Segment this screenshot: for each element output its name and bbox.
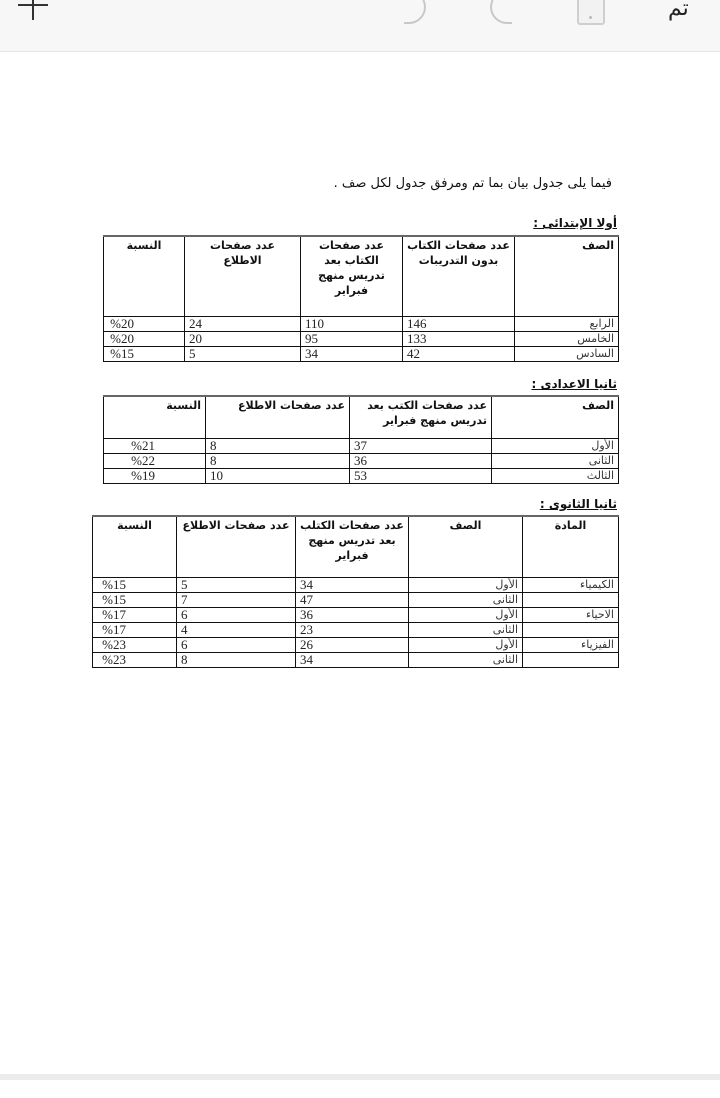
header-ratio: النسبة bbox=[104, 236, 185, 316]
header-reading-pages: عدد صفحات الاطلاع bbox=[185, 236, 301, 316]
editor-toolbar: تم bbox=[0, 0, 720, 52]
header-grade: الصف bbox=[515, 236, 619, 316]
table-row: الفيزياء الأول 26 6 %23 bbox=[93, 637, 619, 652]
header-grade: الصف bbox=[492, 396, 619, 438]
header-ratio: النسبة bbox=[93, 516, 177, 577]
redo-icon[interactable] bbox=[404, 0, 426, 24]
table-row: الثانى 36 8 %22 bbox=[104, 453, 619, 468]
page-view-icon[interactable] bbox=[577, 0, 605, 25]
table-row: الخامس 133 95 20 %20 bbox=[104, 331, 619, 346]
table-row: الأول 37 8 %21 bbox=[104, 438, 619, 453]
section-title-primary: أولا الإبتدائى : bbox=[533, 216, 617, 230]
header-ratio: النسبة bbox=[104, 396, 206, 438]
table-row: الثانى 23 4 %17 bbox=[93, 622, 619, 637]
table-row: الثالث 53 10 %19 bbox=[104, 468, 619, 483]
header-without-exercises: عدد صفحات الكتاب بدون التدريبات bbox=[403, 236, 515, 316]
table-row: الكيمياء الأول 34 5 %15 bbox=[93, 577, 619, 592]
intro-text: فيما يلى جدول بيان بما تم ومرفق جدول لكل… bbox=[334, 176, 612, 191]
table-row: السادس 42 34 5 %15 bbox=[104, 346, 619, 361]
header-grade: الصف bbox=[409, 516, 523, 577]
header-after-february: عدد صفحات الكتلب بعد تدريس منهج فبراير bbox=[296, 516, 409, 577]
header-reading-pages: عدد صفحات الاطلاع bbox=[177, 516, 296, 577]
page-bottom-area bbox=[0, 1080, 720, 1098]
table-header-row: المادة الصف عدد صفحات الكتلب بعد تدريس م… bbox=[93, 516, 619, 577]
header-subject: المادة bbox=[523, 516, 619, 577]
table-row: الاحياء الأول 36 6 %17 bbox=[93, 607, 619, 622]
done-button[interactable]: تم bbox=[668, 0, 689, 21]
preparatory-table: الصف عدد صفحات الكتب بعد تدريس منهج فبرا… bbox=[103, 395, 619, 484]
section-title-secondary: ثانيا الثانوى : bbox=[540, 497, 617, 511]
table-row: الثانى 34 8 %23 bbox=[93, 652, 619, 667]
plus-icon[interactable] bbox=[18, 0, 48, 20]
primary-table: الصف عدد صفحات الكتاب بدون التدريبات عدد… bbox=[103, 235, 619, 362]
section-title-preparatory: ثانيا الاعدادى : bbox=[531, 377, 617, 391]
header-reading-pages: عدد صفحات الاطلاع bbox=[206, 396, 350, 438]
header-after-february: عدد صفحات الكتب بعد تدريس منهج فبراير bbox=[350, 396, 492, 438]
table-row: الرابع 146 110 24 %20 bbox=[104, 316, 619, 331]
undo-icon[interactable] bbox=[490, 0, 512, 24]
table-row: الثانى 47 7 %15 bbox=[93, 592, 619, 607]
table-header-row: الصف عدد صفحات الكتب بعد تدريس منهج فبرا… bbox=[104, 396, 619, 438]
secondary-table: المادة الصف عدد صفحات الكتلب بعد تدريس م… bbox=[92, 515, 619, 668]
table-header-row: الصف عدد صفحات الكتاب بدون التدريبات عدد… bbox=[104, 236, 619, 316]
header-after-february: عدد صفحات الكتاب بعد تدريس منهج فبراير bbox=[301, 236, 403, 316]
